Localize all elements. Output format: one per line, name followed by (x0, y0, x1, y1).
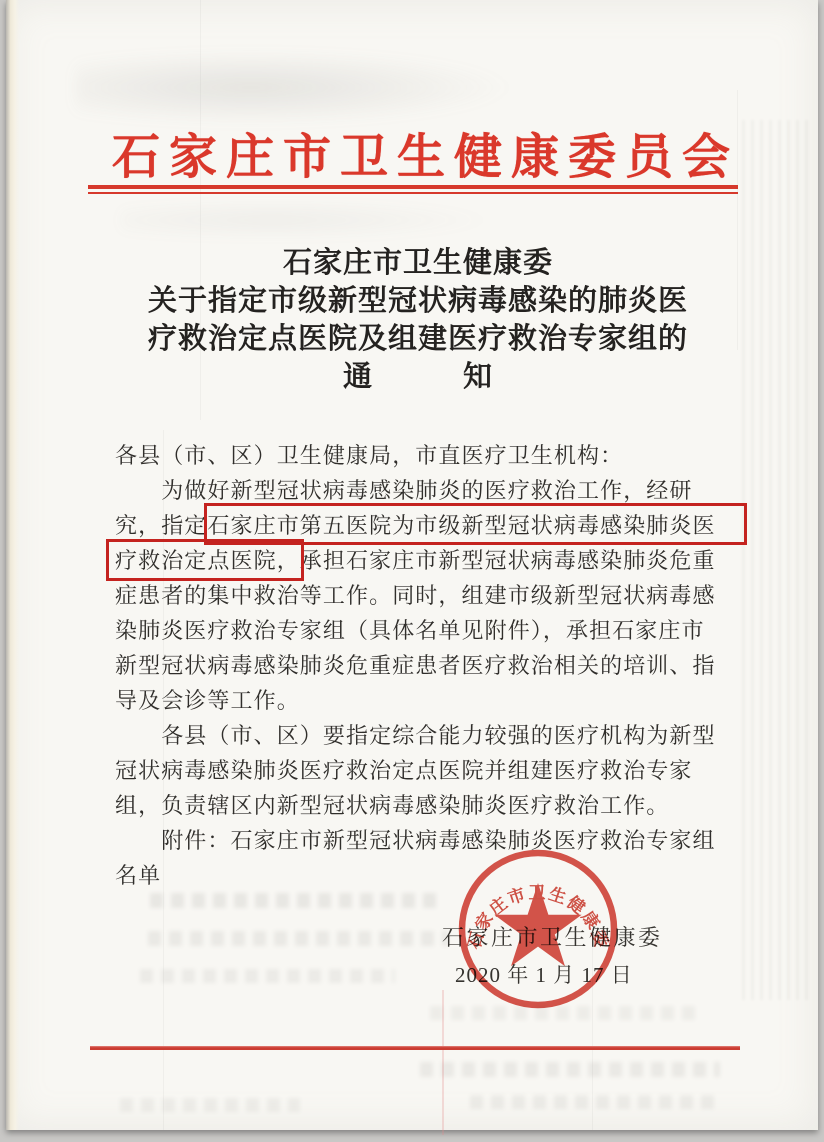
letterhead-org-name: 石家庄市卫生健康委员会 (112, 118, 762, 187)
body-line: 各县（市、区）要指定综合能力较强的医疗机构为新型 (115, 718, 755, 753)
highlight-box-line-2 (106, 539, 304, 581)
ghost-text (420, 1062, 720, 1077)
scan-smudge (120, 200, 500, 240)
doc-title-line-1: 石家庄市卫生健康委 (88, 240, 748, 281)
ghost-text (470, 1095, 720, 1109)
body-attachment-line: 附件：石家庄市新型冠状病毒感染肺炎医疗救治专家组 (115, 823, 755, 858)
ghost-text (150, 893, 440, 908)
ghost-text (120, 1098, 300, 1112)
scanned-document: 石家庄市卫生健康委员会 石家庄市卫生健康委 关于指定市级新型冠状病毒感染的肺炎医… (0, 0, 824, 1142)
ghost-text (148, 931, 448, 946)
body-line: 冠状病毒感染肺炎医疗救治定点医院并组建医疗救治专家 (115, 753, 755, 788)
body-salutation: 各县（市、区）卫生健康局，市直医疗卫生机构： (115, 438, 755, 473)
body-line: 新型冠状病毒感染肺炎危重症患者医疗救治相关的培训、指 (115, 648, 755, 683)
ghost-text (140, 969, 395, 983)
official-seal: 石家庄市卫生健康委 (452, 843, 624, 1015)
body-attachment-line: 名单 (115, 858, 755, 893)
body-line: 导及会诊等工作。 (115, 683, 755, 718)
doc-title-line-2: 关于指定市级新型冠状病毒感染的肺炎医 (88, 278, 748, 319)
body-line: 组，负责辖区内新型冠状病毒感染肺炎医疗救治工作。 (115, 788, 755, 823)
letterhead-divider (88, 185, 738, 194)
body-line: 染肺炎医疗救治专家组（具体名单见附件），承担石家庄市 (115, 613, 755, 648)
doc-title-line-3: 疗救治定点医院及组建医疗救治专家组的 (88, 316, 748, 357)
body-line: 症患者的集中救治等工作。同时，组建市级新型冠状病毒感 (115, 578, 755, 613)
scan-smudge (75, 50, 515, 125)
doc-title-line-4: 通 知 (88, 354, 748, 395)
paper-left-edge (6, 0, 19, 1130)
bottom-rule (90, 1046, 740, 1050)
